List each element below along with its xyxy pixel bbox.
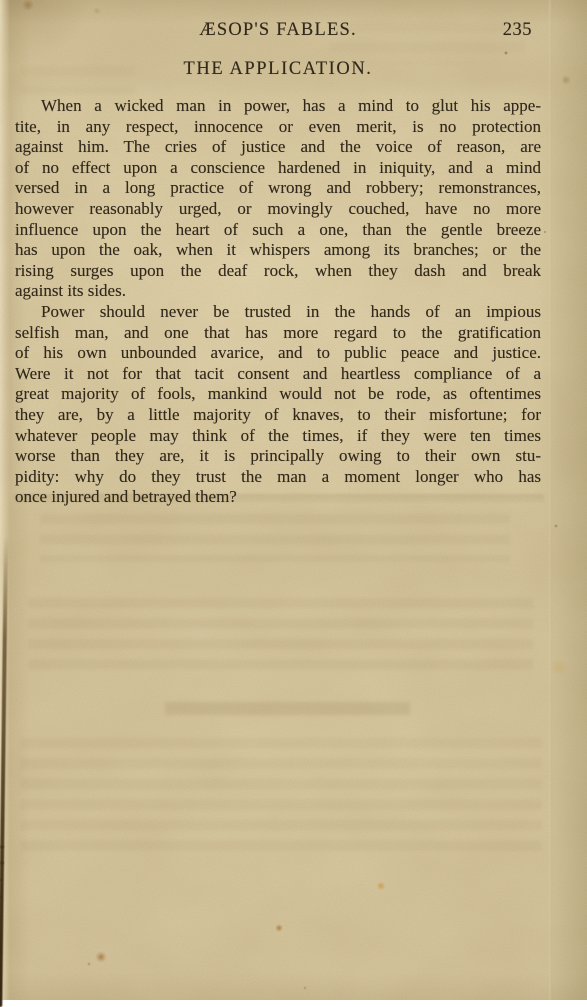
text-line: against him. The cries of justice and th…: [15, 137, 541, 158]
text-line: great majority of fools, mankind would n…: [15, 384, 541, 405]
text-line: of no effect upon a conscience hardened …: [15, 158, 541, 179]
text-line: they are, by a little majority of knaves…: [15, 405, 541, 426]
text-line: worse than they are, it is principally o…: [15, 446, 541, 467]
text-line: whatever people may think of the times, …: [15, 426, 541, 447]
paragraphs: When a wicked man in power, has a mind t…: [15, 96, 541, 508]
section-title: THE APPLICATION.: [16, 59, 540, 80]
running-header: ÆSOP'S FABLES.: [16, 20, 540, 41]
text-line: selfish man, and one that has more regar…: [15, 323, 541, 344]
text-line: pidity: why do they trust the man a mome…: [15, 467, 541, 488]
book-page: ÆSOP'S FABLES. 235 THE APPLICATION. When…: [0, 0, 587, 1000]
text-line: versed in a long practice of wrong and r…: [15, 178, 541, 199]
text-line: Power should never be trusted in the han…: [15, 302, 541, 323]
page-number: 235: [484, 20, 532, 41]
text-line: of his own unbounded avarice, and to pub…: [15, 343, 541, 364]
paragraph: Power should never be trusted in the han…: [15, 302, 541, 508]
text-line: once injured and betrayed them?: [15, 487, 541, 508]
text-line: tite, in any respect, innocence or even …: [15, 117, 541, 138]
text-line: however reasonably urged, or movingly co…: [15, 199, 541, 220]
text-line: When a wicked man in power, has a mind t…: [15, 96, 541, 117]
text-line: has upon the oak, when it whispers among…: [15, 240, 541, 261]
text-line: Were it not for that tacit consent and h…: [15, 364, 541, 385]
paragraph: When a wicked man in power, has a mind t…: [15, 96, 541, 302]
text-line: against its sides.: [15, 281, 541, 302]
text-line: influence upon the heart of such a one, …: [15, 220, 541, 241]
text-line: rising surges upon the deaf rock, when t…: [15, 261, 541, 282]
